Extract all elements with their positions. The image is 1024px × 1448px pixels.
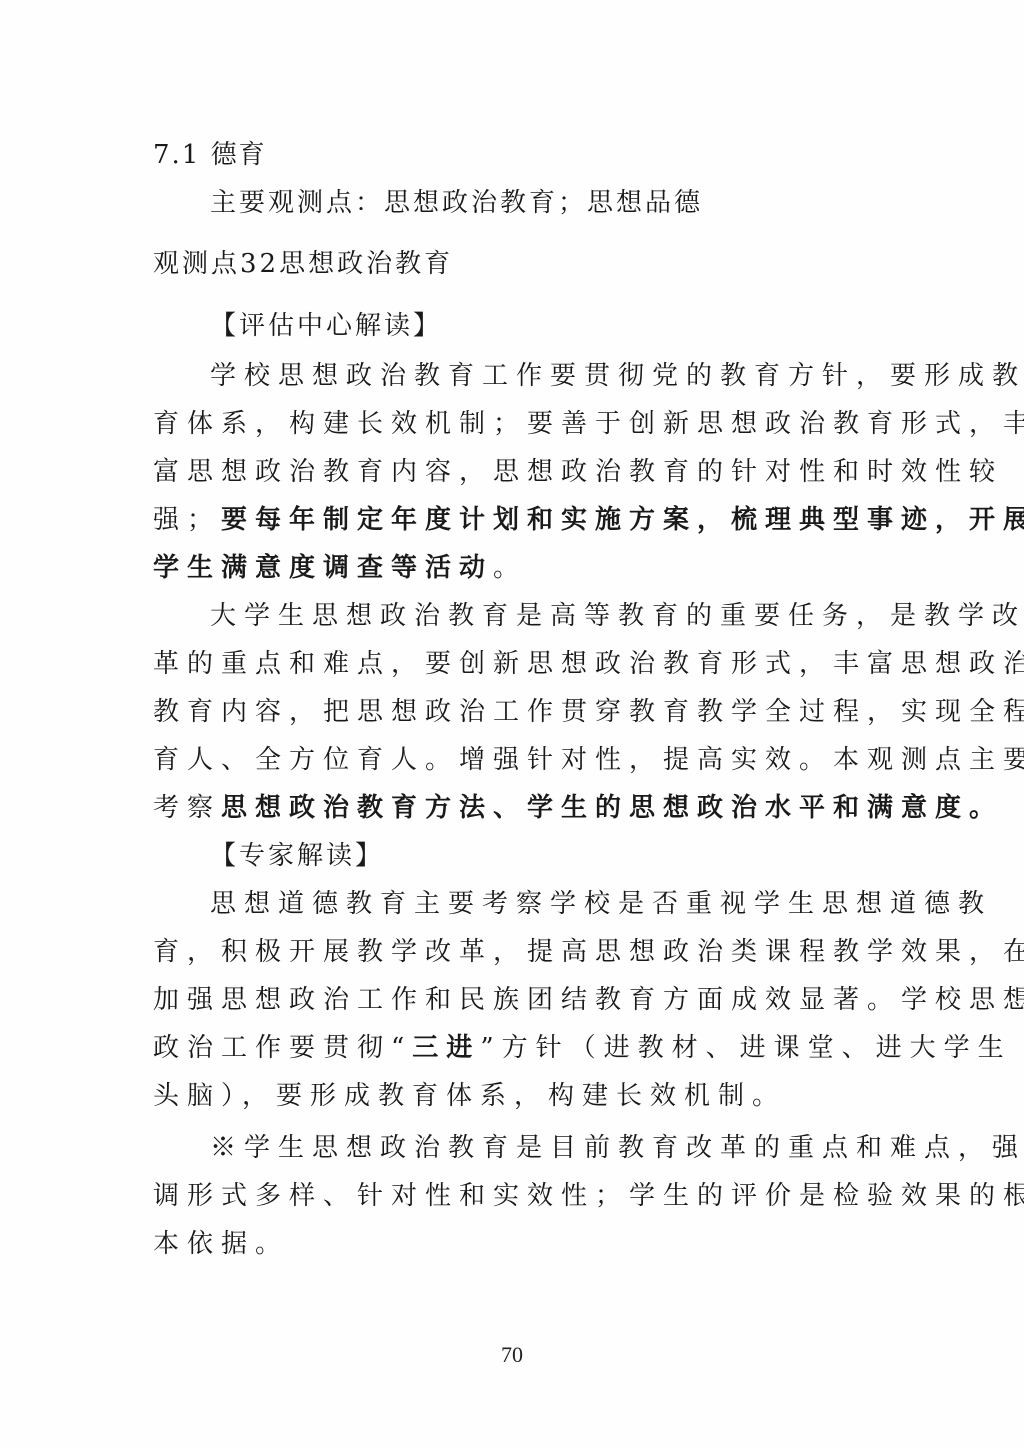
eval-para1-line5-end: 。 (493, 553, 527, 583)
eval-para1-line4: 强；要每年制定年度计划和实施方案，梳理典型事迹，开展 (153, 503, 1024, 537)
expert-heading: 【专家解读】 (210, 839, 384, 873)
eval-para1-line3: 富思想政治教育内容，思想政治教育的针对性和时效性较 (153, 455, 1003, 489)
eval-para1-line4-normal: 强； (153, 505, 221, 535)
expert-para1-line2: 育，积极开展教学改革，提高思想政治类课程教学效果，在 (153, 935, 1024, 969)
expert-note-line3: 本依据。 (153, 1227, 289, 1261)
eval-para1-line4-bold: 要每年制定年度计划和实施方案，梳理典型事迹，开展 (221, 505, 1024, 535)
expert-para1-line4-bold: 三进 (412, 1033, 480, 1063)
eval-para1-line5: 学生满意度调查等活动。 (153, 551, 527, 585)
expert-para1-line3: 加强思想政治工作和民族团结教育方面成效显著。学校思想 (153, 983, 1024, 1017)
eval-para1-line1: 学校思想政治教育工作要贯彻党的教育方针，要形成教 (210, 359, 1024, 393)
expert-para1-line1: 思想道德教育主要考察学校是否重视学生思想道德教 (210, 887, 992, 921)
eval-para2-line2: 革的重点和难点，要创新思想政治教育形式，丰富思想政治 (153, 647, 1024, 681)
main-observation-points: 主要观测点：思想政治教育；思想品德 (210, 186, 703, 220)
eval-para2-line4: 育人、全方位育人。增强针对性，提高实效。本观测点主要 (153, 743, 1024, 777)
expert-para1-line5: 头脑），要形成教育体系，构建长效机制。 (153, 1079, 786, 1113)
eval-para2-line5-bold: 思想政治教育方法、学生的思想政治水平和满意度。 (221, 793, 1003, 823)
eval-para1-line2: 育体系，构建长效机制；要善于创新思想政治教育形式，丰 (153, 407, 1024, 441)
eval-para2-line1: 大学生思想政治教育是高等教育的重要任务，是教学改 (210, 599, 1024, 633)
expert-para1-line4-a: 政治工作要贯彻“ (153, 1033, 412, 1063)
expert-para1-line4: 政治工作要贯彻“三进”方针（进教材、进课堂、进大学生 (153, 1031, 1012, 1065)
eval-para2-line5-normal: 考察 (153, 793, 221, 823)
expert-para1-line4-b: ”方针（进教材、进课堂、进大学生 (480, 1033, 1011, 1063)
eval-para1-line5-bold: 学生满意度调查等活动 (153, 553, 493, 583)
observation-point-title: 观测点32思想政治教育 (153, 247, 453, 281)
document-page: 7.1 德育 主要观测点：思想政治教育；思想品德 观测点32思想政治教育 【评估… (0, 0, 1024, 1448)
eval-para2-line5: 考察思想政治教育方法、学生的思想政治水平和满意度。 (153, 791, 1003, 825)
expert-note-line1: ※学生思想政治教育是目前教育改革的重点和难点，强 (210, 1131, 1024, 1165)
evaluation-center-heading: 【评估中心解读】 (210, 309, 442, 343)
expert-note-line2: 调形式多样、针对性和实效性；学生的评价是检验效果的根 (153, 1179, 1024, 1213)
section-title: 7.1 德育 (153, 138, 267, 172)
page-number: 70 (0, 1342, 1024, 1368)
eval-para2-line3: 教育内容，把思想政治工作贯穿教育教学全过程，实现全程 (153, 695, 1024, 729)
